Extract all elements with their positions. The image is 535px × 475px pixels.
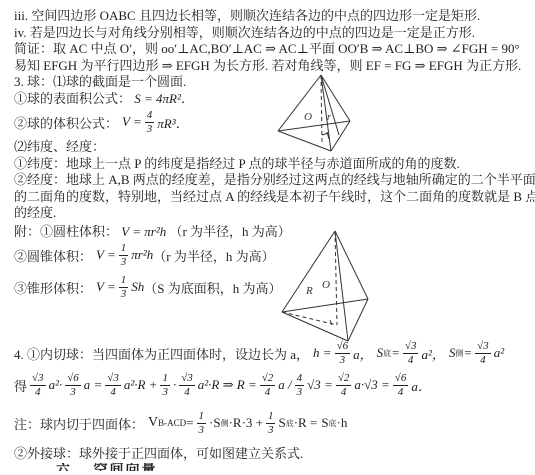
fraction: √34 xyxy=(475,341,491,366)
volume-prefix: ②球的体积公式： xyxy=(14,113,118,132)
s-base-eq: = xyxy=(391,345,400,361)
edge-left-right xyxy=(282,299,368,312)
fraction-numerator: √3 xyxy=(403,341,419,354)
line-jianzheng: 简证：取 AC 中点 O′，则 oo′⊥AC,BO′⊥AC ⇒ AC⊥平面 OO… xyxy=(14,41,529,58)
fraction: √34 xyxy=(30,373,46,398)
radius-label: R xyxy=(305,285,313,297)
cone-note: （r 为半径，h 为高） xyxy=(153,246,274,265)
volume-rhs: πR³． xyxy=(157,113,188,132)
edge-left-bottom xyxy=(282,312,348,341)
edge-apex-right xyxy=(321,75,350,121)
fraction-denominator: 3 xyxy=(70,386,76,398)
cone-mid: πr²h xyxy=(131,247,153,263)
tetrahedron-insphere-diagram: O r xyxy=(266,69,366,161)
derive-t6: a / xyxy=(278,377,291,393)
fraction-denominator: 3 xyxy=(121,256,127,268)
pyramid-note: （S 为底面积，h 为高） xyxy=(144,278,281,297)
derive-t3: a²·R + xyxy=(124,377,158,393)
fraction-denominator: 4 xyxy=(398,386,404,398)
edge-bottom-right xyxy=(348,299,368,341)
s-base-subscript: 底 xyxy=(286,418,294,429)
fraction-numerator: 1 xyxy=(266,411,276,424)
derive-t1: a²· xyxy=(49,377,63,393)
fraction-numerator: √6 xyxy=(65,373,81,386)
fraction-denominator: 3 xyxy=(147,123,153,135)
center-label: O xyxy=(304,111,312,123)
cone-lhs: V = xyxy=(96,247,116,263)
edge-left-bottom xyxy=(278,131,331,151)
cone-prefix: ②圆锥体积： xyxy=(14,246,92,265)
cevian-line xyxy=(321,75,339,135)
fraction-numerator: 4 xyxy=(295,373,305,386)
fraction: √24 xyxy=(336,373,352,398)
fraction-denominator: 3 xyxy=(162,386,168,398)
fraction-denominator: 4 xyxy=(35,386,41,398)
fraction: 43 xyxy=(145,110,155,135)
fraction-denominator: 3 xyxy=(297,386,303,398)
pyramid-lhs: V = xyxy=(96,279,116,295)
edge-bottom-right xyxy=(331,121,350,151)
cylinder-prefix: 附：①圆柱体积： xyxy=(14,224,118,239)
fraction: 13 xyxy=(119,243,129,268)
radius-label: r xyxy=(327,112,331,123)
fraction-numerator: √2 xyxy=(260,373,276,386)
note-m3: ·h xyxy=(337,415,348,431)
surface-prefix: ①球的表面积公式： xyxy=(14,91,131,106)
line-circumsphere: ②外接球：球外接于正四面体，可如图建立关系式. xyxy=(14,446,529,463)
fraction-numerator: √2 xyxy=(336,373,352,386)
s-side-rhs: a² xyxy=(494,345,504,361)
line-jingdu-1: ②经度：地球上 A,B 两点的经度差，是指分别经过这两点的经线与地轴所确定的二个… xyxy=(14,172,529,189)
fraction-denominator: 3 xyxy=(121,288,127,300)
fraction: √34 xyxy=(403,341,419,366)
fraction: 13 xyxy=(197,411,207,436)
s-base-symbol: S xyxy=(278,415,285,431)
volume-symbol: V xyxy=(148,415,158,431)
derive-t8: a·√3 = xyxy=(354,377,389,393)
fraction-denominator: 3 xyxy=(199,424,205,436)
volume-lhs: V = xyxy=(122,114,142,130)
fraction-numerator: √3 xyxy=(475,341,491,354)
s-base-symbol-2: S xyxy=(321,415,328,431)
derive-t7: √3 = xyxy=(307,377,333,393)
note-m1: ·R·3 + xyxy=(229,415,263,431)
line-iv: iv. 若是四边长与对角线分别相等，则顺次连结各边的中点的四边是一定是正方形. xyxy=(14,25,529,42)
fraction-denominator: 4 xyxy=(265,386,271,398)
derive-t2: a = xyxy=(84,377,103,393)
right-angle-mark xyxy=(330,320,332,325)
fraction: 43 xyxy=(295,373,305,398)
s-base-subscript-2: 底 xyxy=(329,418,337,429)
fraction-denominator: 4 xyxy=(480,354,486,366)
fraction-denominator: 3 xyxy=(268,424,274,436)
s-base-subscript: 底 xyxy=(383,348,391,359)
fraction: 13 xyxy=(160,373,170,398)
fraction-numerator: √3 xyxy=(105,373,121,386)
cylinder-formula: V = πr²h xyxy=(121,224,166,239)
fraction-numerator: √3 xyxy=(30,373,46,386)
line-derivation: 得 √34 a²· √63 a = √34 a²·R + 13 · √34 a²… xyxy=(14,369,529,401)
note-prefix: 注：球内切于四面体： xyxy=(14,414,144,433)
fraction-numerator: √6 xyxy=(393,373,409,386)
edge-apex-right xyxy=(335,231,368,299)
tetrahedron-circumsphere-diagram: R O xyxy=(270,225,382,349)
fraction: √64 xyxy=(393,373,409,398)
s-base-rhs: a²， xyxy=(421,344,444,363)
s-side-subscript: 侧 xyxy=(221,418,229,429)
fraction-denominator: 4 xyxy=(408,354,414,366)
volume-subscript: B-ACD xyxy=(158,418,186,428)
note-eq: = xyxy=(186,415,193,431)
fraction-denominator: 3 xyxy=(340,354,346,366)
pyramid-prefix: ③锥形体积： xyxy=(14,278,92,297)
fraction-numerator: √3 xyxy=(179,373,195,386)
derive-t4: · xyxy=(173,377,176,393)
fraction-numerator: 1 xyxy=(119,275,129,288)
s-side-symbol: ·S xyxy=(209,415,221,431)
fraction: 13 xyxy=(266,411,276,436)
center-label: O xyxy=(322,279,330,291)
document-page: { "page": {"bg": "#ffffff", "ink": "#1f1… xyxy=(0,0,535,475)
s-side-subscript: 侧 xyxy=(455,348,463,359)
edge-apex-left xyxy=(278,75,321,131)
note-m2: ·R = xyxy=(294,415,318,431)
median-dashed xyxy=(282,312,337,325)
s-side-eq: = xyxy=(463,345,472,361)
fraction-numerator: 1 xyxy=(160,373,170,386)
fraction: √63 xyxy=(65,373,81,398)
fraction-denominator: 4 xyxy=(110,386,116,398)
insphere-prefix: 4. ①内切球：当四面体为正四面体时，设边长为 a， xyxy=(14,344,309,363)
fraction: √34 xyxy=(179,373,195,398)
pyramid-mid: Sh xyxy=(131,279,144,295)
fraction-numerator: 4 xyxy=(145,110,155,123)
fraction-denominator: 4 xyxy=(184,386,190,398)
line-note: 注：球内切于四面体： VB-ACD = 13 ·S侧 ·R·3 + 13 S底 … xyxy=(14,407,529,439)
fraction: √24 xyxy=(260,373,276,398)
edge-left-right xyxy=(278,121,350,131)
surface-formula: S = 4πR²． xyxy=(134,91,194,106)
fraction-numerator: 1 xyxy=(119,243,129,256)
truncated-next-line: 六、 空间向量 xyxy=(56,463,529,471)
fraction-denominator: 4 xyxy=(341,386,347,398)
derive-prefix: 得 xyxy=(14,376,27,395)
fraction: 13 xyxy=(119,275,129,300)
line-iii: iii. 空间四边形 OABC 且四边长相等，则顺次连结各边的中点的四边形一定是… xyxy=(14,8,529,25)
derive-t9: a． xyxy=(411,376,431,395)
fraction-numerator: 1 xyxy=(197,411,207,424)
derive-t5: a²·R ⇒ R = xyxy=(198,377,257,393)
fraction: √34 xyxy=(105,373,121,398)
line-jingdu-2: 的二面角的度数，特别地，当经过点 A 的经线是本初子午线时，这个二面角的度数就是… xyxy=(14,189,529,206)
line-jingdu-3: 的经度. xyxy=(14,205,529,222)
edge-apex-left xyxy=(282,231,335,312)
